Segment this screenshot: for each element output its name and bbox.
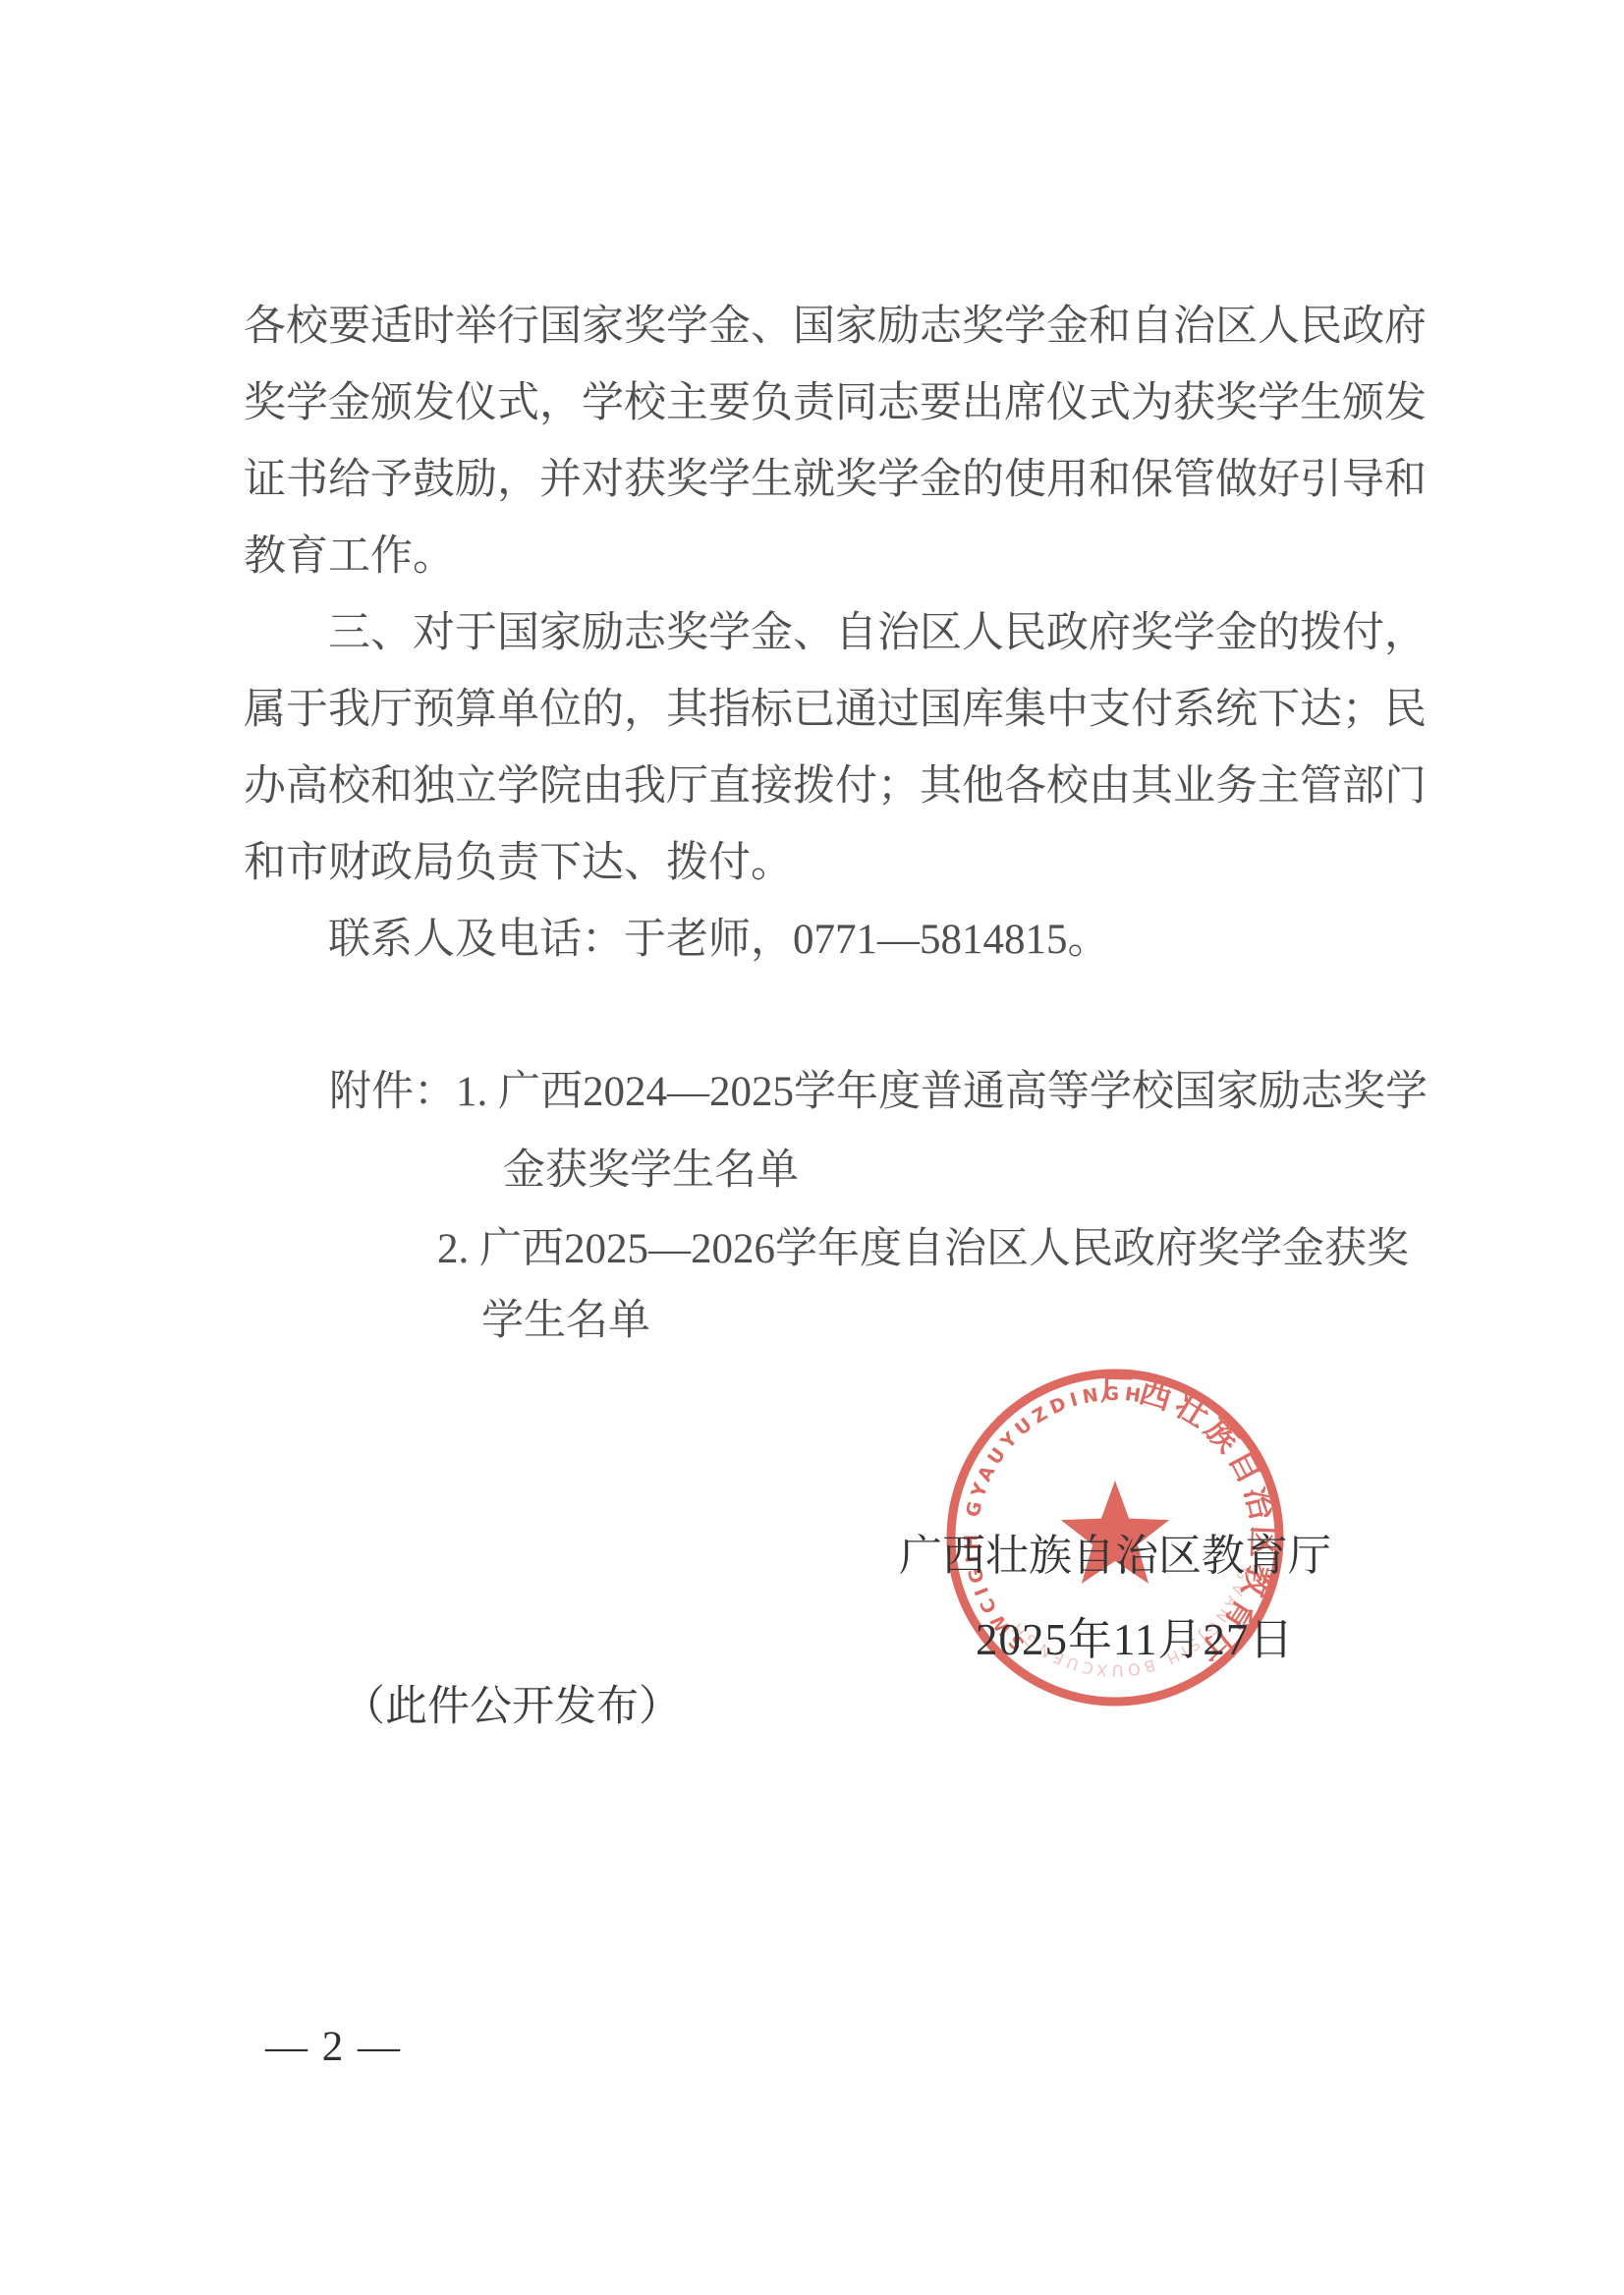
body-line-5: 三、对于国家励志奖学金、自治区人民政府奖学金的拨付， — [328, 612, 1427, 655]
attachment-line-2: 金获奖学生名单 — [503, 1149, 799, 1193]
body-line-7: 办高校和独立学院由我厅直接拨付；其他各校由其业务主管部门 — [244, 765, 1427, 809]
contact-line: 联系人及电话：于老师，0771—5814815。 — [328, 919, 1110, 962]
body-line-1: 各校要适时举行国家奖学金、国家励志奖学金和自治区人民政府 — [244, 306, 1427, 349]
issue-date: 2025年11月27日 — [976, 1618, 1294, 1661]
body-line-2: 奖学金颁发仪式，学校主要负责同志要出席仪式为获奖学生颁发 — [244, 382, 1427, 425]
body-line-8: 和市财政局负责下达、拨付。 — [244, 842, 793, 885]
public-release-note: （此件公开发布） — [343, 1686, 681, 1729]
attachment-line-1: 附件：1. 广西2024—2025学年度普通高等学校国家励志奖学 — [329, 1071, 1428, 1114]
body-line-4: 教育工作。 — [244, 535, 455, 579]
attachment-line-4: 学生名单 — [481, 1300, 650, 1343]
issuer-name: 广西壮族自治区教育厅 — [899, 1535, 1331, 1578]
attachment-line-3: 2. 广西2025—2026学年度自治区人民政府奖学金获奖 — [437, 1228, 1409, 1271]
body-line-6: 属于我厅预算单位的，其指标已通过国库集中支付系统下达；民 — [244, 689, 1427, 732]
body-line-3: 证书给予鼓励，并对获奖学生就奖学金的使用和保管做好引导和 — [244, 459, 1427, 502]
page-number: — 2 — — [265, 2026, 402, 2069]
document-page: SWCIGIH GYAUYUZDINGH 广西壮族自治区教育厅 GVANGJSI… — [0, 0, 1624, 2295]
